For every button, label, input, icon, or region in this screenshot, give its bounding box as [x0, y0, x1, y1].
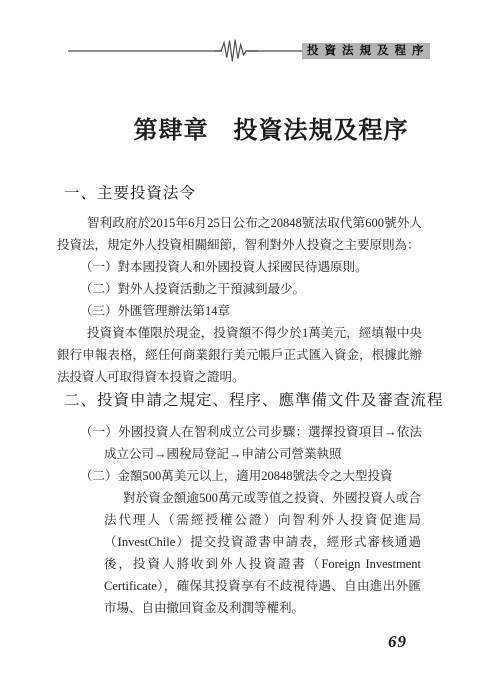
- section-2-heading: 二、投資申請之規定、程序、應準備文件及審查流程: [64, 391, 480, 411]
- list-item: （二）對外人投資活動之干預減到最少。: [80, 278, 422, 300]
- list-marker: （三）: [80, 304, 118, 318]
- section-1-detail: 投資資本僅限於現金，投資額不得少於1萬美元，經填報中央銀行申報表格，經任何商業銀…: [57, 322, 422, 388]
- list-marker: （一）: [80, 260, 118, 274]
- list-item: （一）對本國投資人和外國投資人採國民待遇原則。: [80, 256, 422, 278]
- list-item: （三）外匯管理辦法第14章: [80, 300, 422, 322]
- chapter-title: 第肆章 投資法規及程序: [62, 116, 480, 146]
- list-marker: （二）: [80, 282, 118, 296]
- list-item: （二）金額500萬美元以上，適用20848號法令之大型投資: [80, 465, 422, 487]
- section-2-detail: 對於資金額逾500萬元或等值之投資、外國投資人或合法代理人（需經授權公證）向智利…: [104, 487, 421, 619]
- list-text: 對外人投資活動之干預減到最少。: [118, 282, 306, 296]
- list-text: 金額500萬美元以上，適用20848號法令之大型投資: [118, 469, 393, 483]
- page-header: 投資法規及程序: [68, 0, 421, 59]
- header-rule-left: [68, 50, 215, 52]
- waveform-icon: [215, 36, 258, 66]
- section-1-list: （一）對本國投資人和外國投資人採國民待遇原則。 （二）對外人投資活動之干預減到最…: [0, 256, 480, 322]
- chapter-badge: 投資法規及程序: [302, 43, 430, 59]
- list-marker: （二）: [80, 469, 118, 483]
- section-1-intro: 智利政府於2015年6月25日公布之20848號法取代第600號外人投資法，規定…: [57, 212, 422, 256]
- list-marker: （一）: [80, 425, 118, 439]
- header-rule-right: [258, 50, 302, 52]
- list-item: （一）外國投資人在智利成立公司步驟：選擇投資項目→依法成立公司→國稅局登記→申請…: [80, 421, 422, 465]
- list-text: 外匯管理辦法第14章: [118, 304, 231, 318]
- section-1-heading: 一、主要投資法令: [64, 184, 480, 204]
- list-text: 對本國投資人和外國投資人採國民待遇原則。: [118, 260, 368, 274]
- document-page: 投資法規及程序 第肆章 投資法規及程序 一、主要投資法令 智利政府於2015年6…: [0, 0, 480, 679]
- section-2-list: （一）外國投資人在智利成立公司步驟：選擇投資項目→依法成立公司→國稅局登記→申請…: [0, 421, 480, 487]
- list-text: 外國投資人在智利成立公司步驟：選擇投資項目→依法成立公司→國稅局登記→申請公司營…: [104, 425, 422, 461]
- page-number: 69: [388, 632, 407, 652]
